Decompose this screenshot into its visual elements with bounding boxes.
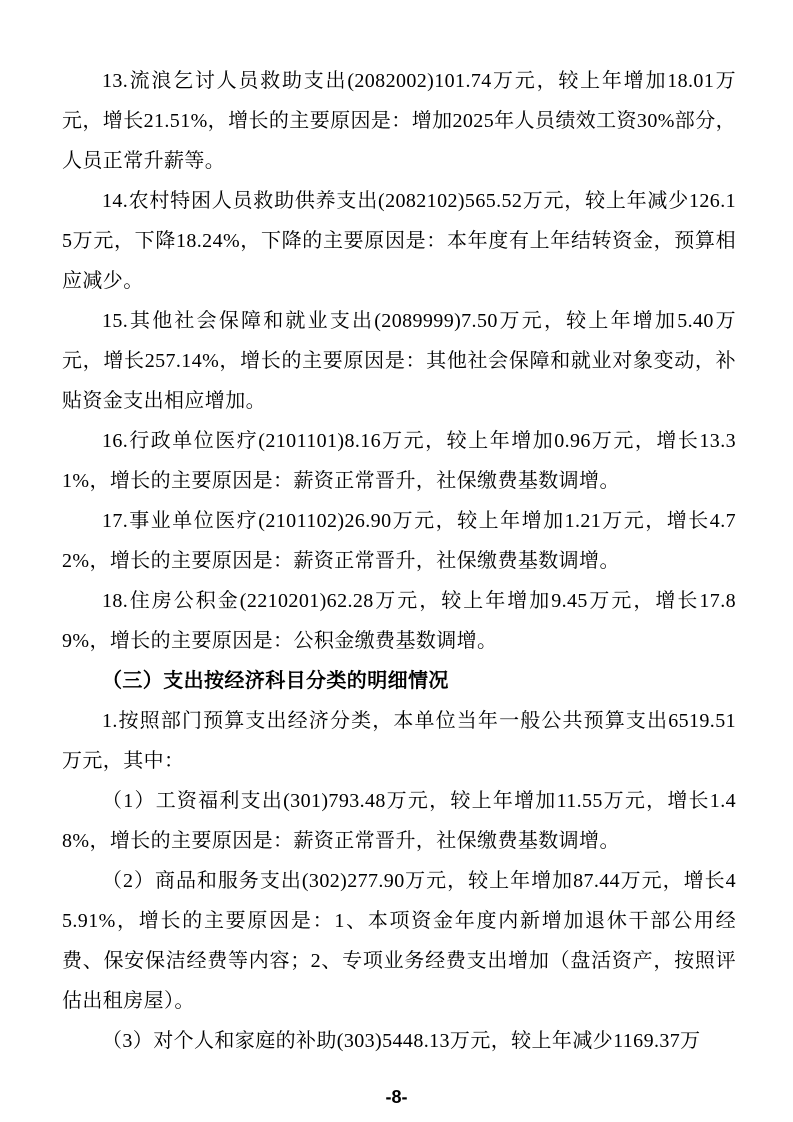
paragraph-15: 15.其他社会保障和就业支出(2089999)7.50万元，较上年增加5.40万…	[62, 301, 736, 421]
paragraph-sub-1: （1）工资福利支出(301)793.48万元，较上年增加11.55万元，增长1.…	[62, 781, 736, 861]
page-number: -8-	[0, 1087, 793, 1108]
paragraph-18: 18.住房公积金(2210201)62.28万元，较上年增加9.45万元，增长1…	[62, 581, 736, 661]
document-page: 13.流浪乞讨人员救助支出(2082002)101.74万元，较上年增加18.0…	[0, 0, 793, 1122]
paragraph-sub-2: （2）商品和服务支出(302)277.90万元，较上年增加87.44万元，增长4…	[62, 861, 736, 1021]
paragraph-14: 14.农村特困人员救助供养支出(2082102)565.52万元，较上年减少12…	[62, 181, 736, 301]
paragraph-sub-3: （3）对个人和家庭的补助(303)5448.13万元，较上年减少1169.37万	[62, 1021, 736, 1061]
paragraph-1-intro: 1.按照部门预算支出经济分类，本单位当年一般公共预算支出6519.51万元，其中…	[62, 701, 736, 781]
section-heading-3: （三）支出按经济科目分类的明细情况	[62, 661, 736, 701]
document-body: 13.流浪乞讨人员救助支出(2082002)101.74万元，较上年增加18.0…	[62, 61, 736, 1061]
paragraph-16: 16.行政单位医疗(2101101)8.16万元，较上年增加0.96万元，增长1…	[62, 421, 736, 501]
paragraph-13: 13.流浪乞讨人员救助支出(2082002)101.74万元，较上年增加18.0…	[62, 61, 736, 181]
paragraph-17: 17.事业单位医疗(2101102)26.90万元，较上年增加1.21万元，增长…	[62, 501, 736, 581]
